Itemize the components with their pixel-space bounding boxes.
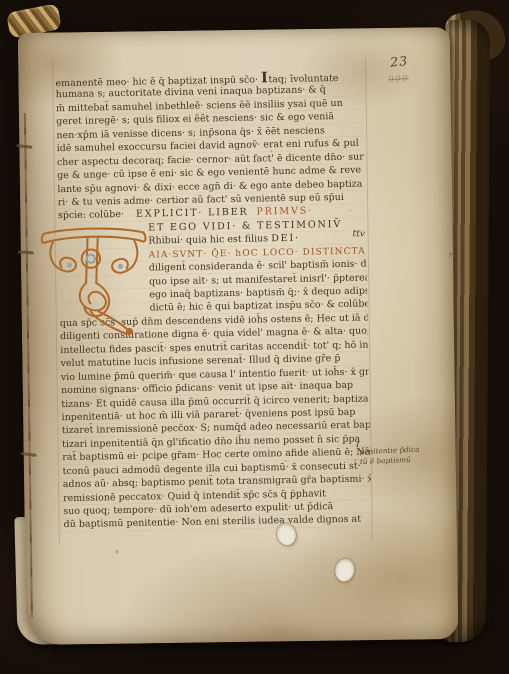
faded-ink-mark: 999	[388, 74, 409, 85]
margin-note: penitentie p̄dicatū ē baptismū	[359, 445, 420, 467]
page-number: 23	[389, 53, 408, 70]
parchment-page: 23 999 ttv emanentē meo· hic ē q̄ baptiz…	[18, 27, 459, 645]
foredge-mark: r	[449, 251, 452, 259]
stitch-mark	[18, 250, 34, 254]
parchment-hole	[333, 557, 356, 583]
manuscript-photo: 23 999 ttv emanentē meo· hic ē q̄ baptiz…	[0, 0, 509, 674]
decorated-initial	[38, 223, 150, 339]
sewing-thread	[24, 113, 33, 618]
